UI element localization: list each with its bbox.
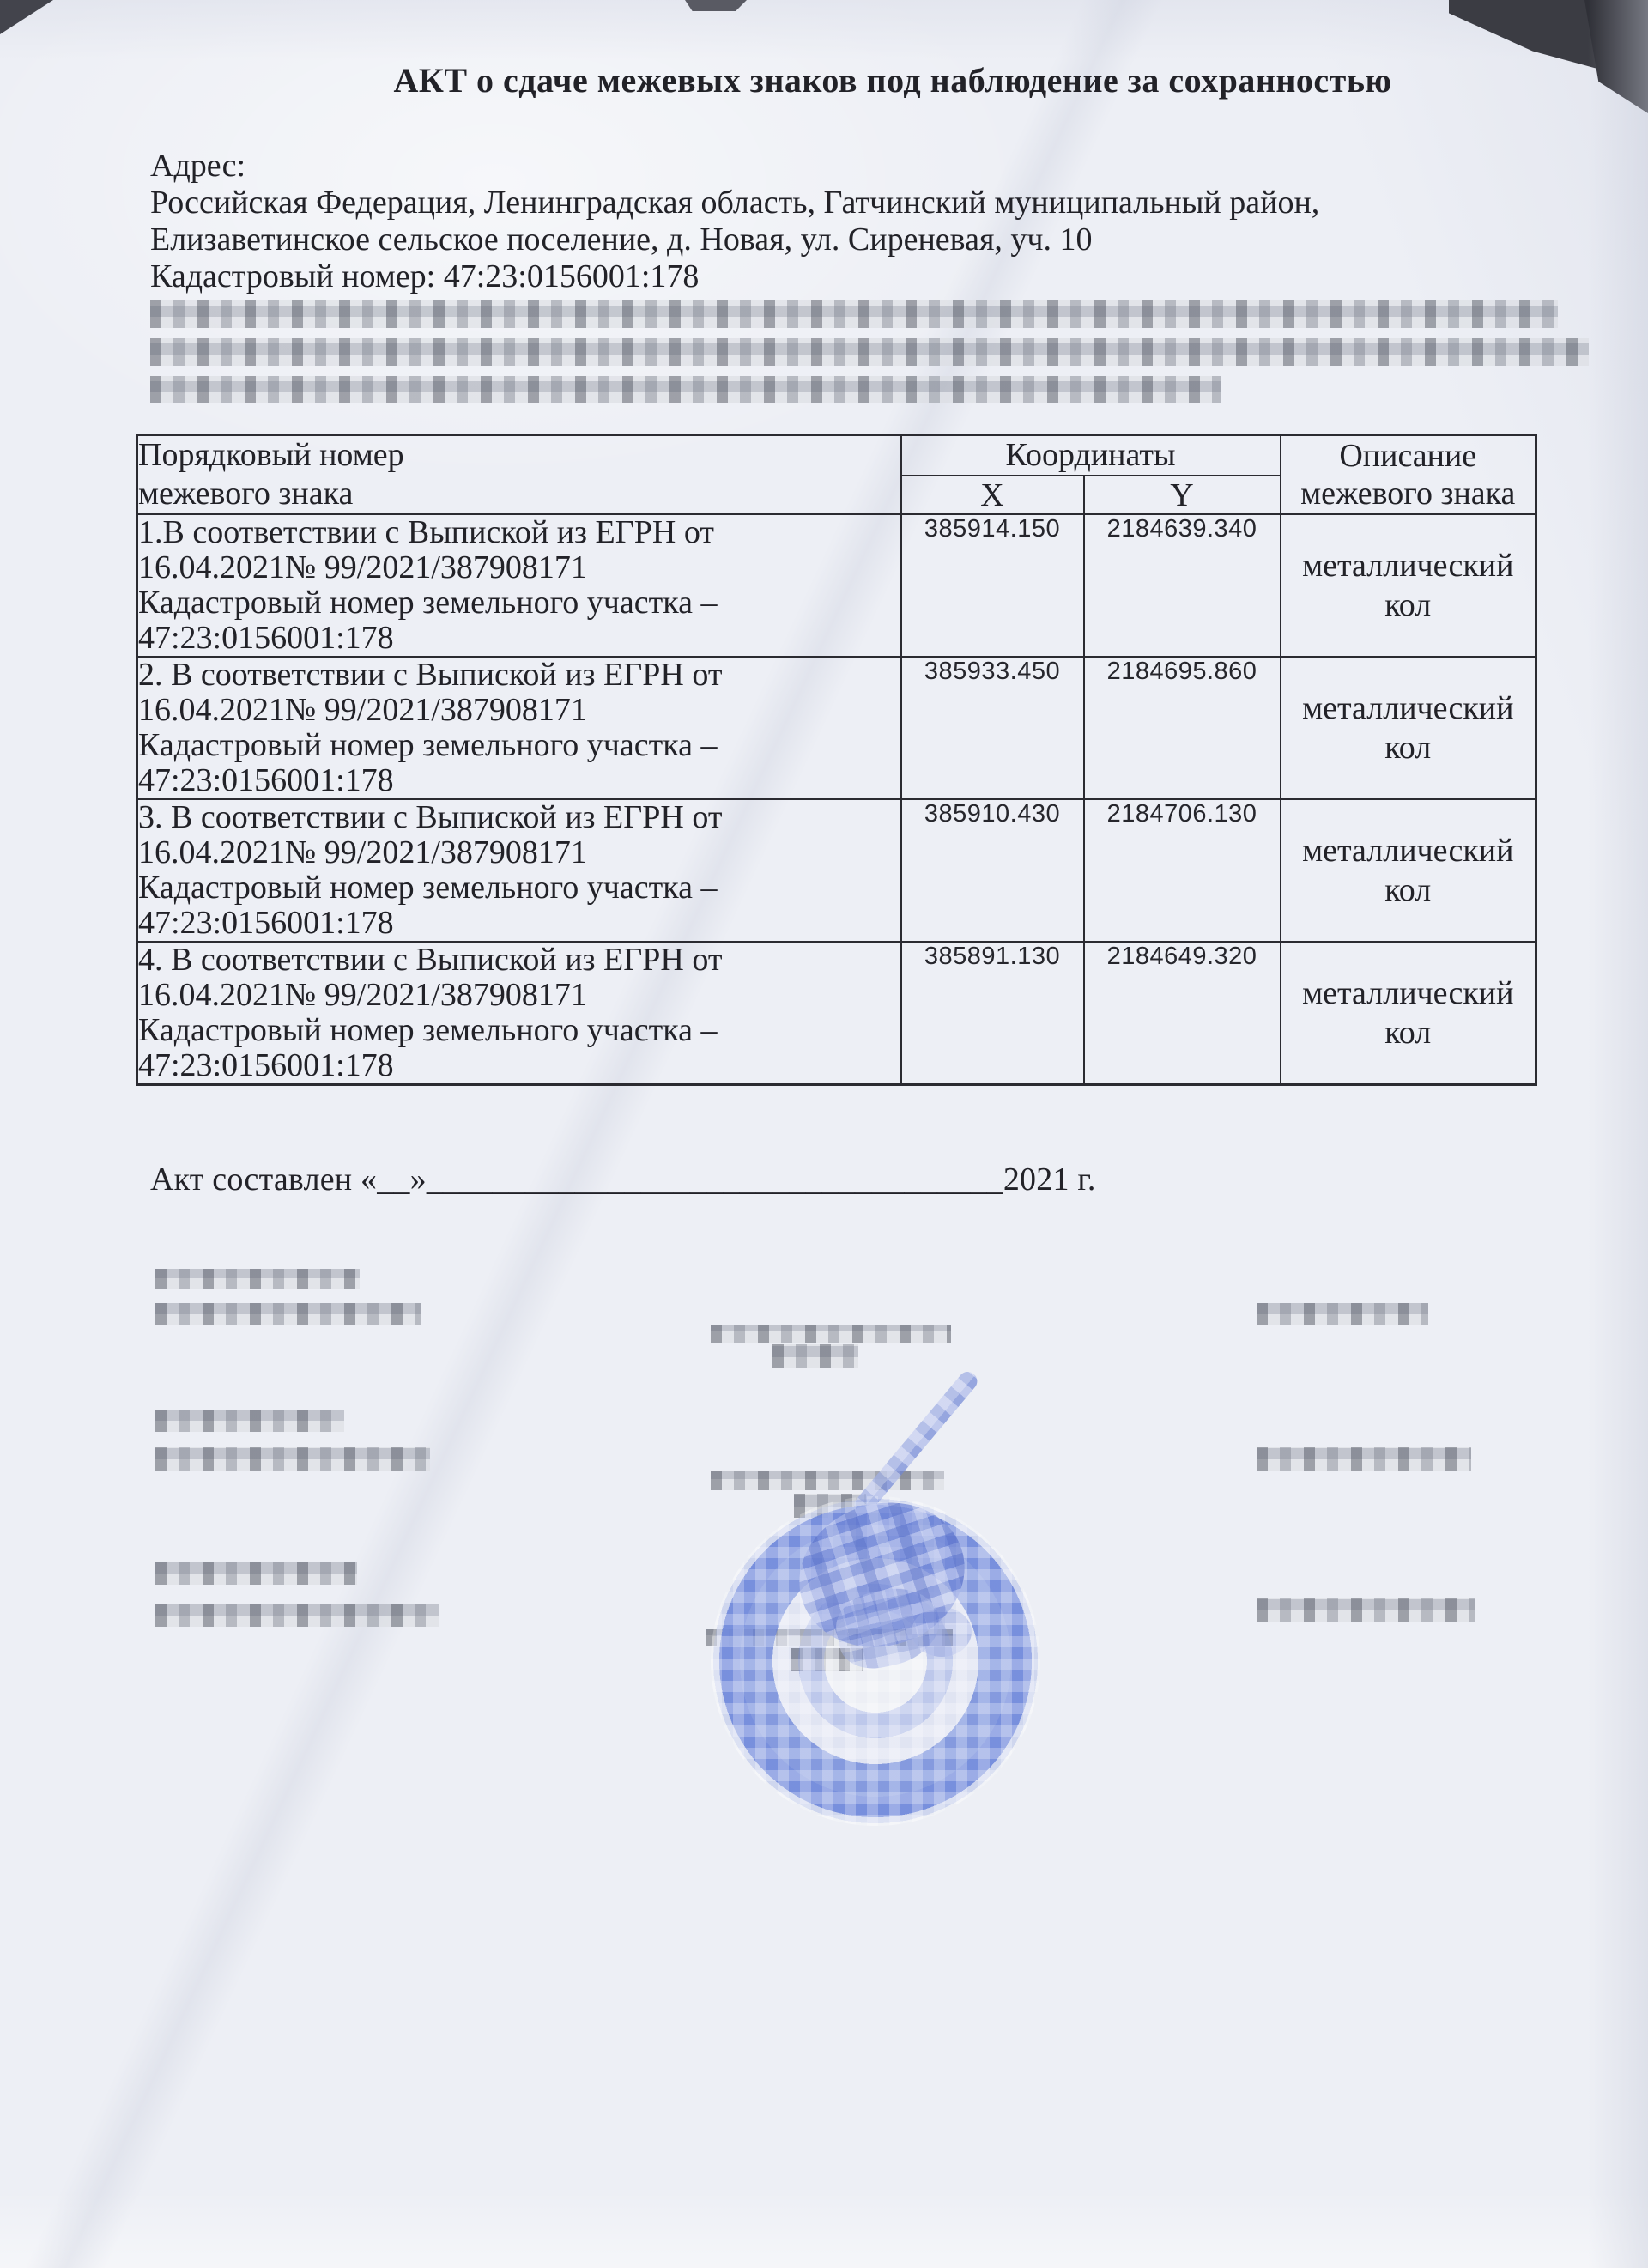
row-4-marker-line2: кол [1281, 1013, 1536, 1052]
row-1-y: 2184639.340 [1084, 514, 1281, 657]
row-3-line-1: 3. В соответствии с Выпиской из ЕГРН от [138, 800, 900, 835]
header-x: X [901, 476, 1084, 514]
table-row-3: 3. В соответствии с Выпиской из ЕГРН от … [137, 799, 1536, 942]
signature-2-line-redacted [711, 1471, 944, 1490]
address-line-settlement: Елизаветинское сельское поселение, д. Но… [150, 221, 1319, 258]
row-2-x: 385933.450 [901, 657, 1084, 799]
company-stamp-inner-blob-small [912, 1607, 972, 1657]
row-4-marker-line1: металлический [1281, 973, 1536, 1013]
table-header-row-1: Порядковый номер межевого знака Координа… [137, 435, 1536, 476]
boundary-markers-table: Порядковый номер межевого знака Координа… [136, 434, 1537, 1086]
signature-1-caption-redacted [772, 1344, 858, 1368]
redacted-text-line-3 [150, 376, 1221, 403]
row-2-line-4: 47:23:0156001:178 [138, 763, 900, 798]
row-3-y: 2184706.130 [1084, 799, 1281, 942]
row-2-marker-line2: кол [1281, 728, 1536, 767]
document-title: АКТ о сдаче межевых знаков под наблюдени… [137, 60, 1648, 100]
scan-artifact-top-edge [685, 0, 747, 11]
address-line-cadastral: Кадастровый номер: 47:23:0156001:178 [150, 258, 1319, 295]
act-compiled-line: Акт составлен «__»______________________… [150, 1161, 1096, 1198]
signature-2-role-redacted-line1 [155, 1410, 344, 1432]
header-description-line2: межевого знака [1281, 475, 1536, 512]
header-y: Y [1084, 476, 1281, 514]
row-3-x: 385910.430 [901, 799, 1084, 942]
table-row-1: 1.В соответствии с Выпиской из ЕГРН от 1… [137, 514, 1536, 657]
scan-artifact-top-left [0, 0, 53, 34]
row-4-x: 385891.130 [901, 942, 1084, 1085]
row-4-line-2: 16.04.2021№ 99/2021/387908171 [138, 978, 900, 1013]
scan-edge-shadow [1588, 0, 1648, 2268]
header-description-line1: Описание [1281, 437, 1536, 475]
row-3-line-4: 47:23:0156001:178 [138, 906, 900, 941]
header-ordinal-line1: Порядковый номер [138, 436, 900, 475]
act-month-blank: ___________________________________ [427, 1161, 1003, 1198]
row-1-x: 385914.150 [901, 514, 1084, 657]
act-close-quote: » [410, 1161, 427, 1198]
scanned-document-page: АКТ о сдаче межевых знаков под наблюдени… [0, 0, 1648, 2268]
row-1-line-2: 16.04.2021№ 99/2021/387908171 [138, 550, 900, 585]
table-row-2: 2. В соответствии с Выпиской из ЕГРН от … [137, 657, 1536, 799]
address-line-country: Российская Федерация, Ленинградская обла… [150, 185, 1319, 221]
row-4-y: 2184649.320 [1084, 942, 1281, 1085]
row-1-line-3: Кадастровый номер земельного участка – [138, 585, 900, 621]
row-3-marker-type: металлический кол [1281, 799, 1536, 942]
row-1-marker-line1: металлический [1281, 546, 1536, 585]
row-3-marker-line2: кол [1281, 870, 1536, 910]
signature-1-line-redacted [711, 1325, 951, 1343]
signature-2-name-redacted [1257, 1447, 1471, 1471]
signature-1-role-redacted-line1 [155, 1269, 360, 1289]
signature-3-name-redacted [1257, 1598, 1475, 1622]
signature-3-role-redacted-line2 [155, 1604, 439, 1627]
signature-1-role-redacted-line2 [155, 1303, 421, 1325]
signature-2-role-redacted-line2 [155, 1447, 430, 1471]
row-2-description: 2. В соответствии с Выпиской из ЕГРН от … [137, 657, 901, 799]
header-description: Описание межевого знака [1281, 435, 1536, 515]
signature-1-name-redacted [1257, 1303, 1428, 1325]
act-line-prefix: Акт составлен « [150, 1161, 377, 1198]
table-row-4: 4. В соответствии с Выпиской из ЕГРН от … [137, 942, 1536, 1085]
act-year: 2021 г. [1003, 1161, 1096, 1198]
row-4-marker-type: металлический кол [1281, 942, 1536, 1085]
redacted-text-line-1 [150, 300, 1558, 328]
row-3-marker-line1: металлический [1281, 831, 1536, 870]
row-2-line-2: 16.04.2021№ 99/2021/387908171 [138, 693, 900, 728]
address-label: Адрес: [150, 148, 1319, 185]
row-4-line-3: Кадастровый номер земельного участка – [138, 1013, 900, 1048]
row-1-marker-type: металлический кол [1281, 514, 1536, 657]
row-3-description: 3. В соответствии с Выпиской из ЕГРН от … [137, 799, 901, 942]
row-1-line-4: 47:23:0156001:178 [138, 621, 900, 656]
signature-3-role-redacted-line1 [155, 1562, 357, 1585]
row-2-marker-line1: металлический [1281, 688, 1536, 728]
header-coordinates: Координаты [901, 435, 1281, 476]
row-2-y: 2184695.860 [1084, 657, 1281, 799]
row-2-line-3: Кадастровый номер земельного участка – [138, 728, 900, 763]
act-day-blank: __ [377, 1161, 409, 1198]
header-ordinal-number: Порядковый номер межевого знака [137, 435, 901, 515]
row-2-marker-type: металлический кол [1281, 657, 1536, 799]
row-1-line-1: 1.В соответствии с Выпиской из ЕГРН от [138, 515, 900, 550]
row-3-line-2: 16.04.2021№ 99/2021/387908171 [138, 835, 900, 870]
row-4-line-1: 4. В соответствии с Выпиской из ЕГРН от [138, 943, 900, 978]
header-ordinal-line2: межевого знака [138, 475, 900, 513]
redacted-text-line-2 [150, 338, 1589, 366]
address-block: Адрес: Российская Федерация, Ленинградск… [150, 148, 1319, 295]
row-4-line-4: 47:23:0156001:178 [138, 1048, 900, 1083]
row-1-marker-line2: кол [1281, 585, 1536, 625]
row-2-line-1: 2. В соответствии с Выпиской из ЕГРН от [138, 658, 900, 693]
row-1-description: 1.В соответствии с Выпиской из ЕГРН от 1… [137, 514, 901, 657]
row-3-line-3: Кадастровый номер земельного участка – [138, 870, 900, 906]
row-4-description: 4. В соответствии с Выпиской из ЕГРН от … [137, 942, 901, 1085]
